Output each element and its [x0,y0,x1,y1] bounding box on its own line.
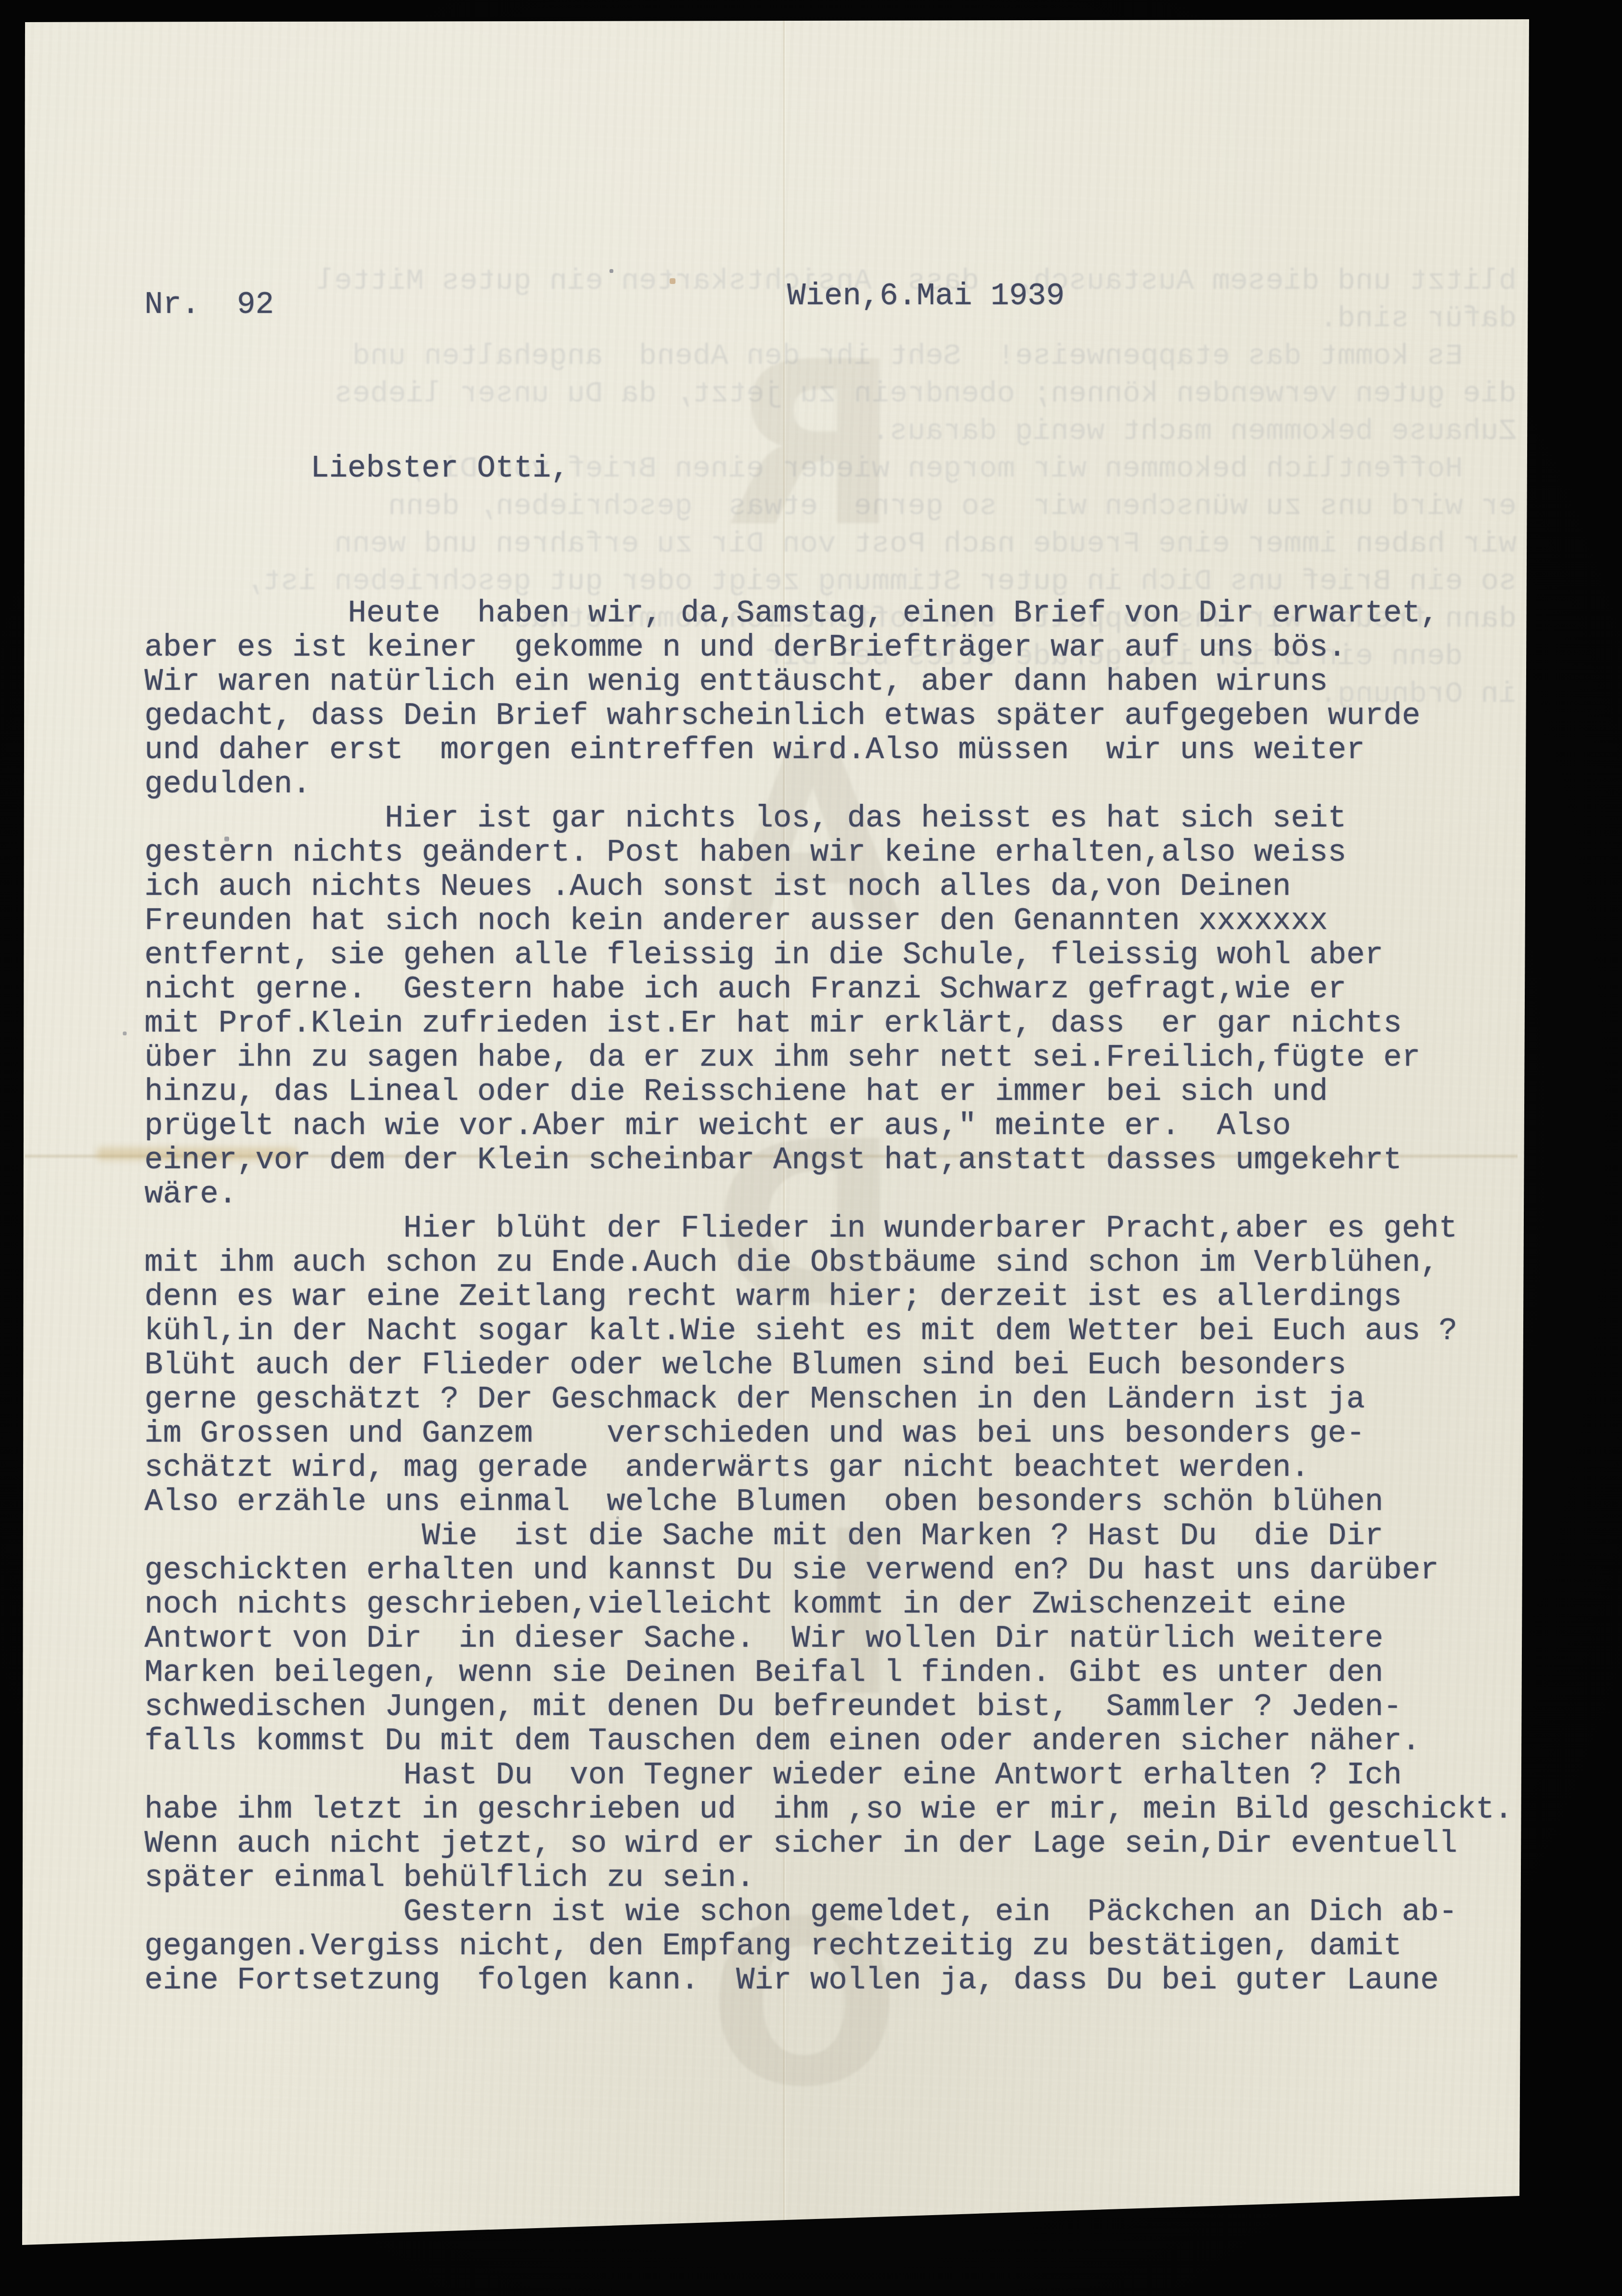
letter-paper: R A D I O blitzt und diesem Austausch, d… [0,0,1622,2296]
dateline: Wien,6.Mai 1939 [787,279,1064,314]
letter-body: Heute haben wir, da,Samstag, einen Brief… [144,597,1513,1998]
salutation: Liebster Otti, [311,451,570,486]
ink-specks [0,0,1,1]
scan-background: R A D I O blitzt und diesem Austausch, d… [0,0,1622,2296]
letter-number: Nr. 92 [144,288,274,322]
